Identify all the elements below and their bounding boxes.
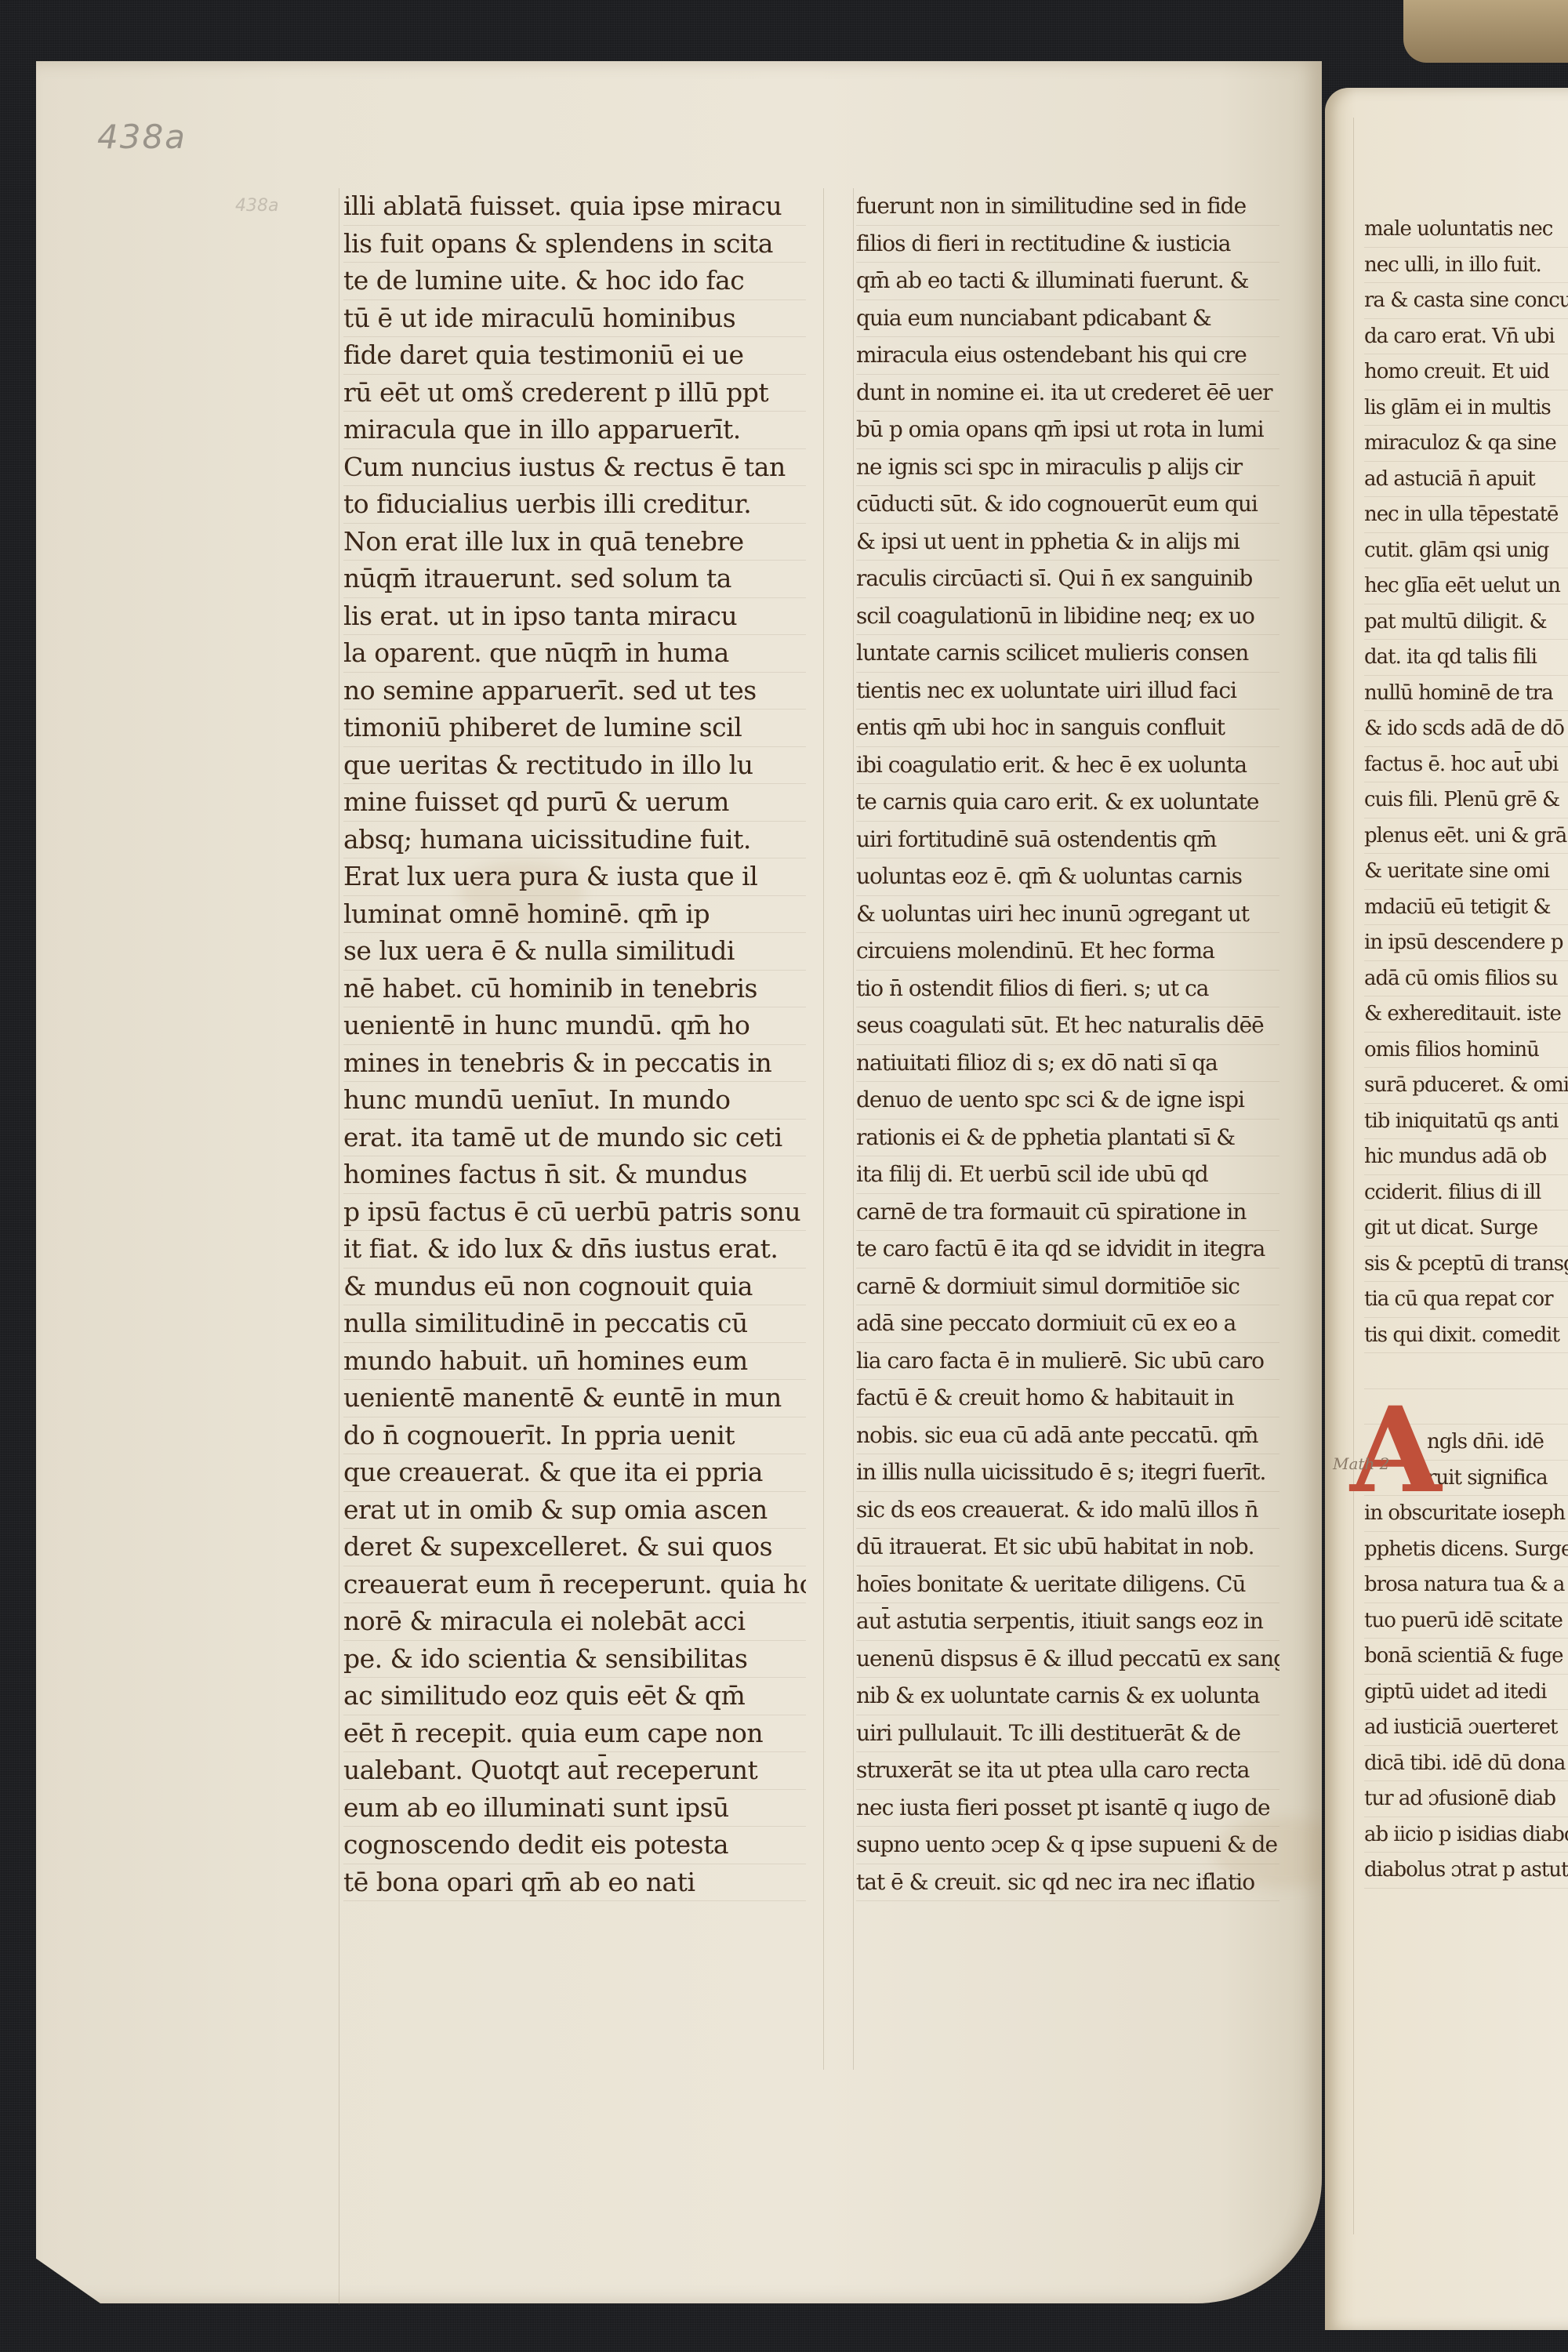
text-line: circuiens molendinū. Et hec forma xyxy=(856,933,1279,971)
text-line: omis filios hominū xyxy=(1364,1033,1568,1069)
text-line: nullū hominē de tra xyxy=(1364,676,1568,712)
text-line: mdaciū eū tetigit & xyxy=(1364,890,1568,926)
text-line: rationis ei & de pphetia plantati sī & xyxy=(856,1120,1279,1157)
ruling-line xyxy=(853,188,854,2070)
text-line: & ipsi ut uent in pphetia & in alijs mi xyxy=(856,524,1279,561)
text-line: fide daret quia testimoniū ei ue xyxy=(343,337,806,375)
text-line: deret & supexcelleret. & sui quos xyxy=(343,1529,806,1566)
text-line: erat ut in omib & sup omia ascen xyxy=(343,1492,806,1530)
text-line: ad iusticiā ɔuerteret xyxy=(1364,1710,1568,1746)
text-line: diabolus ɔtrat p astuti xyxy=(1364,1853,1568,1889)
text-line: scil coagulationū in libidine neq; ex uo xyxy=(856,598,1279,636)
text-line: pphetis dicens. Surge xyxy=(1364,1532,1568,1568)
text-line: uiri fortitudinē suā ostendentis qm̄ xyxy=(856,822,1279,859)
text-line: uiri pullulauit. Tc illi destituerāt & d… xyxy=(856,1715,1279,1753)
text-line: ibi coagulatio erit. & hec ē ex uolunta xyxy=(856,747,1279,785)
text-line: raculis circūacti sī. Qui n̄ ex sanguini… xyxy=(856,561,1279,598)
text-line: plenus eēt. uni & grā xyxy=(1364,818,1568,855)
text-line: Erat lux uera pura & iusta que il xyxy=(343,858,806,896)
text-line: te caro factū ē ita qd se idvidit in ite… xyxy=(856,1231,1279,1269)
text-line: tū ē ut ide miraculū hominibus xyxy=(343,300,806,338)
text-line: nec ulli, in illo fuit. xyxy=(1364,248,1568,284)
text-line: struxerāt se ita ut ptea ulla caro recta xyxy=(856,1752,1279,1790)
text-line: adā sine peccato dormiuit cū ex eo a xyxy=(856,1305,1279,1343)
text-line: entis qm̄ ubi hoc in sanguis confluit xyxy=(856,710,1279,747)
text-line: nobis. sic eua cū adā ante peccatū. qm̄ xyxy=(856,1417,1279,1455)
text-line: mine fuisset qd purū & uerum xyxy=(343,784,806,822)
text-line: git ut dicat. Surge xyxy=(1364,1210,1568,1247)
rubricated-initial: A xyxy=(1350,1392,1441,1509)
ruling-line xyxy=(339,188,339,2305)
text-line: nec iusta fieri posset pt isantē q iugo … xyxy=(856,1790,1279,1828)
text-line: ne ignis sci spc in miraculis p alijs ci… xyxy=(856,449,1279,487)
text-line: tia cū qua repat cor xyxy=(1364,1282,1568,1318)
text-line: rū eēt ut omš crederent p illū ppt xyxy=(343,375,806,412)
text-line: carnē & dormiuit simul dormitiōe sic xyxy=(856,1269,1279,1306)
text-line: illi ablatā fuisset. quia ipse miracu xyxy=(343,188,806,226)
text-line: denuo de uento spc sci & de igne ispi xyxy=(856,1082,1279,1120)
text-line: se lux uera ē & nulla similitudi xyxy=(343,933,806,971)
text-line: do n̄ cognouerīt. In ppria uenit xyxy=(343,1417,806,1455)
text-line: hec glīa eēt uelut un xyxy=(1364,568,1568,604)
text-line: to fiducialius uerbis illi creditur. xyxy=(343,486,806,524)
margin-note: Math 2 xyxy=(1333,1454,1389,1473)
text-line: fuerunt non in similitudine sed in fide xyxy=(856,188,1279,226)
text-line: pat multū diligit. & xyxy=(1364,604,1568,641)
text-line: factus ē. hoc aut̄ ubi xyxy=(1364,747,1568,783)
text-line: bū p omia opans qm̄ ipsi ut rota in lumi xyxy=(856,412,1279,449)
folio-number-faint: 438a xyxy=(235,196,278,216)
text-line: mines in tenebris & in peccatis in xyxy=(343,1045,806,1083)
text-line: cciderit. filius di ill xyxy=(1364,1175,1568,1211)
text-line: seus coagulati sūt. Et hec naturalis dēē xyxy=(856,1007,1279,1045)
text-line: ac similitudo eoz quis eēt & qm̄ xyxy=(343,1678,806,1715)
text-line: te de lumine uite. & hoc ido fac xyxy=(343,263,806,300)
text-line: luminat omnē hominē. qm̄ ip xyxy=(343,896,806,934)
text-line: uenientē in hunc mundū. qm̄ ho xyxy=(343,1007,806,1045)
text-line: no semine apparuerīt. sed ut tes xyxy=(343,673,806,710)
text-line: que ueritas & rectitudo in illo lu xyxy=(343,747,806,785)
text-line: cutit. glām qsi unig xyxy=(1364,533,1568,569)
text-line: ab iicio p isidias diabo xyxy=(1364,1817,1568,1853)
text-line: brosa natura tua & a xyxy=(1364,1567,1568,1603)
text-line: erat. ita tamē ut de mundo sic ceti xyxy=(343,1120,806,1157)
text-line: qm̄ ab eo tacti & illuminati fuerunt. & xyxy=(856,263,1279,300)
text-line: lia caro facta ē in mulierē. Sic ubū car… xyxy=(856,1343,1279,1381)
text-line: hic mundus adā ob xyxy=(1364,1139,1568,1175)
text-line: nib & ex uoluntate carnis & ex uolunta xyxy=(856,1678,1279,1715)
text-line: ualebant. Quotqt aut̄ receperunt xyxy=(343,1752,806,1790)
text-line: carnē de tra formauit cū spiratione in xyxy=(856,1194,1279,1232)
text-line: hoīes bonitate & ueritate diligens. Cū xyxy=(856,1566,1279,1604)
folio-number: 438a xyxy=(97,118,187,156)
text-line: nūqm̄ itrauerunt. sed solum ta xyxy=(343,561,806,598)
text-line: quia eum nunciabant pdicabant & xyxy=(856,300,1279,338)
text-line: giptū uidet ad itedi xyxy=(1364,1675,1568,1711)
text-line: uenientē manentē & euntē in mun xyxy=(343,1380,806,1417)
text-line: dunt in nomine ei. ita ut crederet ēē ue… xyxy=(856,375,1279,412)
text-line: in ipsū descendere p xyxy=(1364,925,1568,961)
text-column-b: fuerunt non in similitudine sed in fide … xyxy=(856,188,1279,1901)
text-line: & uoluntas uiri hec inunū ɔgregant ut xyxy=(856,896,1279,934)
text-line: tio n̄ ostendit filios di fieri. s; ut c… xyxy=(856,971,1279,1008)
text-line: tientis nec ex uoluntate uiri illud faci xyxy=(856,673,1279,710)
text-line: cognoscendo dedit eis potesta xyxy=(343,1827,806,1864)
ruling-line xyxy=(823,188,824,2070)
text-line: p ipsū factus ē cū uerbū patris sonu xyxy=(343,1194,806,1232)
text-line: creauerat eum n̄ receperunt. quia ho xyxy=(343,1566,806,1604)
text-line: filios di fieri in rectitudine & iustici… xyxy=(856,226,1279,263)
text-line: & ido scds adā de dō xyxy=(1364,711,1568,747)
text-line: lis glām ei in multis xyxy=(1364,390,1568,426)
text-line: miracula que in illo apparuerīt. xyxy=(343,412,806,449)
text-line: mundo habuit. un̄ homines eum xyxy=(343,1343,806,1381)
text-line: uoluntas eoz ē. qm̄ & uoluntas carnis xyxy=(856,858,1279,896)
text-column-a: illi ablatā fuisset. quia ipse miracu li… xyxy=(343,188,806,1901)
text-line: homo creuit. Et uid xyxy=(1364,354,1568,390)
text-line: da caro erat. Vn̄ ubi xyxy=(1364,319,1568,355)
text-line: tib iniquitatū qs anti xyxy=(1364,1104,1568,1140)
text-line: & mundus eū non cognouit quia xyxy=(343,1269,806,1306)
text-line: nec in ulla tēpestatē xyxy=(1364,497,1568,533)
text-line: tat ē & creuit. sic qd nec ira nec iflat… xyxy=(856,1864,1279,1902)
text-line: surā pduceret. & omi xyxy=(1364,1068,1568,1104)
text-line: & exhereditauit. iste xyxy=(1364,996,1568,1033)
text-line: in illis nulla uicissitudo ē s; itegri f… xyxy=(856,1454,1279,1492)
text-line: ra & casta sine concu xyxy=(1364,283,1568,319)
text-line: tuo puerū idē scitate xyxy=(1364,1603,1568,1639)
text-line: timoniū phiberet de lumine scil xyxy=(343,710,806,747)
text-line: que creauerat. & que ita ei ppria xyxy=(343,1454,806,1492)
text-line: lis erat. ut in ipso tanta miracu xyxy=(343,598,806,636)
text-line: ita filij di. Et uerbū scil ide ubū qd xyxy=(856,1156,1279,1194)
text-line: bonā scientiā & fuge xyxy=(1364,1639,1568,1675)
text-line: miracula eius ostendebant his qui cre xyxy=(856,337,1279,375)
text-line: eēt n̄ recepit. quia eum cape non xyxy=(343,1715,806,1753)
text-line: tis qui dixit. comedit xyxy=(1364,1318,1568,1354)
text-line: sic ds eos creauerat. & ido malū illos n… xyxy=(856,1492,1279,1530)
text-line: dat. ita qd talis fili xyxy=(1364,640,1568,676)
text-line: dicā tibi. idē dū dona xyxy=(1364,1746,1568,1782)
text-line: te carnis quia caro erit. & ex uoluntate xyxy=(856,784,1279,822)
text-line: hunc mundū uenīut. In mundo xyxy=(343,1082,806,1120)
text-line: aut̄ astutia serpentis, itiuit sangs eoz… xyxy=(856,1603,1279,1641)
text-line: ad astuciā n̄ apuit xyxy=(1364,462,1568,498)
text-line: supno uento ɔcep & q ipse supueni & de q… xyxy=(856,1827,1279,1864)
text-line: homines factus n̄ sit. & mundus xyxy=(343,1156,806,1194)
text-line: norē & miracula ei nolebāt acci xyxy=(343,1603,806,1641)
text-line: eum ab eo illuminati sunt ipsū xyxy=(343,1790,806,1828)
text-column-facing-page: male uoluntatis nec nec ulli, in illo fu… xyxy=(1364,212,1568,1889)
text-line: male uoluntatis nec xyxy=(1364,212,1568,248)
text-line: it fiat. & ido lux & dn̄s iustus erat. xyxy=(343,1231,806,1269)
text-line: luntate carnis scilicet mulieris consen xyxy=(856,635,1279,673)
text-line: nē habet. cū hominib in tenebris xyxy=(343,971,806,1008)
ruling-line xyxy=(1353,118,1354,2234)
text-line: natiuitati filioz di s; ex dō nati sī qa xyxy=(856,1045,1279,1083)
text-line: absq; humana uicissitudine fuit. xyxy=(343,822,806,859)
text-line: dū itrauerat. Et sic ubū habitat in nob. xyxy=(856,1529,1279,1566)
text-line: cūducti sūt. & ido cognouerūt eum qui xyxy=(856,486,1279,524)
text-line: pe. & ido scientia & sensibilitas xyxy=(343,1641,806,1679)
text-line: la oparent. que nūqm̄ in huma xyxy=(343,635,806,673)
text-line: sis & pceptū di transg xyxy=(1364,1247,1568,1283)
text-line: lis fuit opans & splendens in scita xyxy=(343,226,806,263)
text-line: nulla similitudinē in peccatis cū xyxy=(343,1305,806,1343)
text-line: factū ē & creuit homo & habitauit in xyxy=(856,1380,1279,1417)
text-line: Cum nuncius iustus & rectus ē tan xyxy=(343,449,806,487)
text-line: & ueritate sine omi xyxy=(1364,854,1568,890)
text-line: tē bona opari qm̄ ab eo nati xyxy=(343,1864,806,1902)
text-line: miraculoz & qa sine xyxy=(1364,426,1568,462)
text-line: uenenū dispsus ē & illud peccatū ex sang xyxy=(856,1641,1279,1679)
text-line: cuis fili. Plenū grē & xyxy=(1364,782,1568,818)
text-line: adā cū omis filios su xyxy=(1364,961,1568,997)
text-line: Non erat ille lux in quā tenebre xyxy=(343,524,806,561)
binding-strap xyxy=(1403,0,1568,63)
text-line: tur ad ɔfusionē diab xyxy=(1364,1781,1568,1817)
